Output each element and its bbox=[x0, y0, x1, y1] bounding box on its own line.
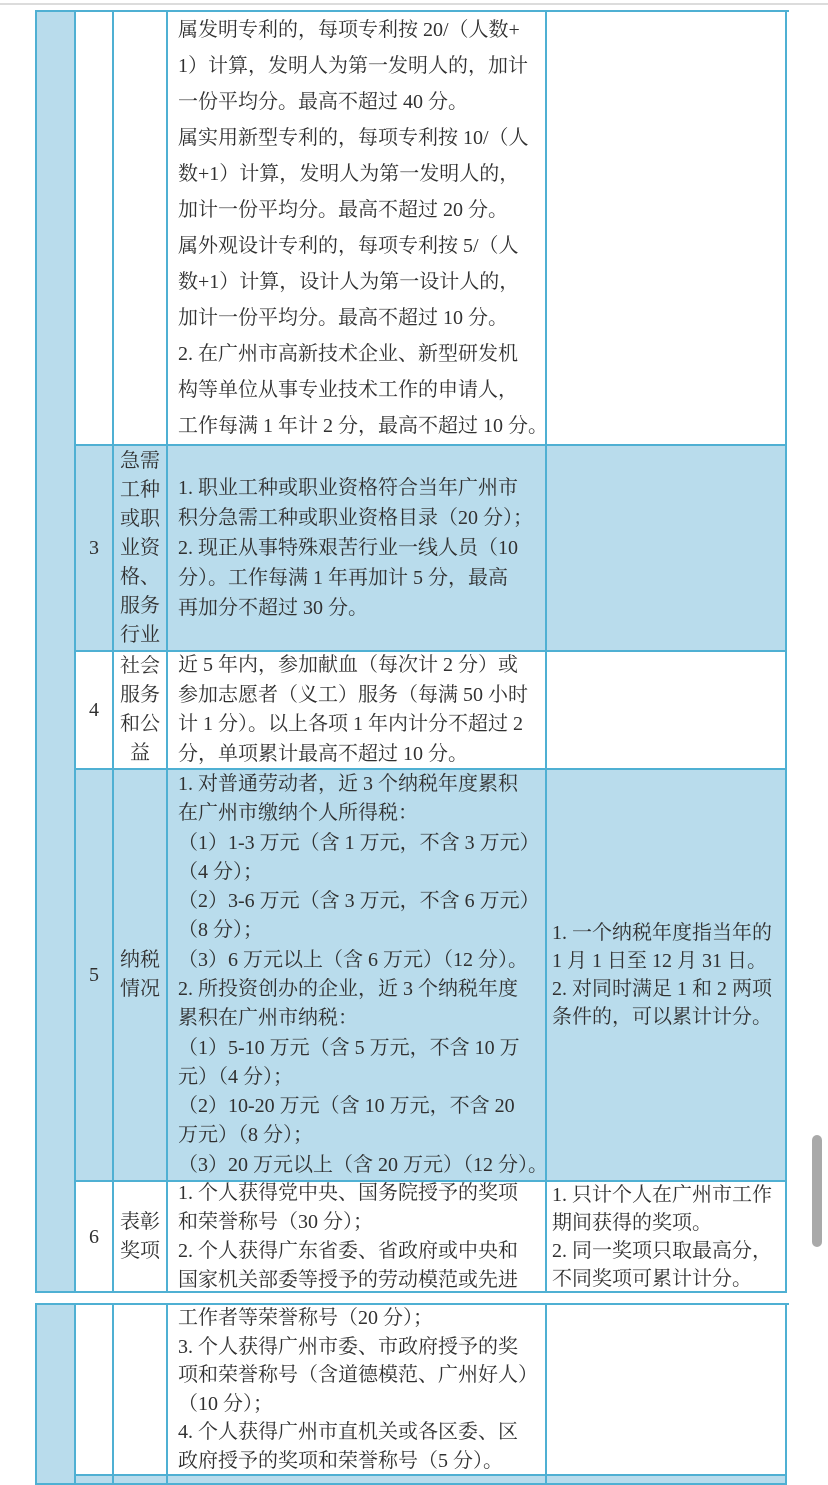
row-number-cell: 4 bbox=[76, 652, 114, 770]
category-line: 服务 bbox=[120, 592, 160, 621]
criteria-line: 在广州市缴纳个人所得税： bbox=[178, 799, 541, 828]
document-page: { "colors": { "cell_blue": "#b9dcec", "b… bbox=[0, 0, 828, 1485]
criteria-line: 再加分不超过 30 分。 bbox=[178, 593, 541, 623]
criteria-line: 1）计算，发明人为第一发明人的，加计 bbox=[178, 48, 541, 84]
category-cell bbox=[114, 1305, 168, 1476]
criteria-line: 和荣誉称号（30 分）； bbox=[178, 1208, 541, 1237]
criteria-line: 构等单位从事专业技术工作的申请人， bbox=[178, 372, 541, 408]
remarks-cell bbox=[547, 446, 787, 652]
criteria-line: 加计一份平均分。最高不超过 20 分。 bbox=[178, 192, 541, 228]
criteria-cell: 近 5 年内，参加献血（每次计 2 分）或参加志愿者（义工）服务（每满 50 小… bbox=[168, 652, 547, 770]
criteria-line: 累积在广州市纳税： bbox=[178, 1004, 541, 1033]
criteria-line: （2）10-20 万元（含 10 万元，不含 20 bbox=[178, 1092, 541, 1121]
category-cell: 表彰奖项 bbox=[114, 1182, 168, 1293]
remarks-cell: 1. 只计个人在广州市工作期间获得的奖项。2. 同一奖项只取最高分，不同奖项可累… bbox=[547, 1182, 787, 1293]
remark-line: 不同奖项可累计计分。 bbox=[552, 1265, 783, 1293]
remark-line: 2. 对同时满足 1 和 2 两项 bbox=[552, 975, 783, 1003]
criteria-line: 计 1 分）。以上各项 1 年内计分不超过 2 bbox=[178, 710, 541, 740]
criteria-line: 1. 对普通劳动者，近 3 个纳税年度累积 bbox=[178, 770, 541, 799]
remark-line: 1. 一个纳税年度指当年的 bbox=[552, 919, 783, 947]
category-line: 纳税 bbox=[120, 946, 160, 975]
category-cell bbox=[114, 12, 168, 446]
remark-line: 2. 同一奖项只取最高分， bbox=[552, 1237, 783, 1265]
criteria-line: 近 5 年内，参加献血（每次计 2 分）或 bbox=[178, 652, 541, 681]
criteria-cell: 1. 个人获得党中央、国务院授予的奖项和荣誉称号（30 分）；2. 个人获得广东… bbox=[168, 1182, 547, 1293]
criteria-line: 政府授予的奖项和荣誉称号（5 分）。 bbox=[178, 1447, 541, 1476]
category-line: 奖项 bbox=[120, 1237, 160, 1266]
row-number: 5 bbox=[89, 963, 99, 987]
category-line: 益 bbox=[130, 739, 150, 768]
remark-line: 条件的，可以累计计分。 bbox=[552, 1003, 783, 1031]
remark-line: 1. 只计个人在广州市工作 bbox=[552, 1182, 783, 1209]
criteria-line: 万元）（8 分）； bbox=[178, 1121, 541, 1150]
criteria-line: 积分急需工种或职业资格目录（20 分）； bbox=[178, 503, 541, 533]
criteria-cell: 工作者等荣誉称号（20 分）；3. 个人获得广州市委、市政府授予的奖项和荣誉称号… bbox=[168, 1305, 547, 1476]
criteria-line: （8 分）； bbox=[178, 916, 541, 945]
criteria-line: 工作者等荣誉称号（20 分）； bbox=[178, 1305, 541, 1333]
criteria-cell: 1. 职业工种或职业资格符合当年广州市积分急需工种或职业资格目录（20 分）；2… bbox=[168, 446, 547, 652]
category-line: 和公 bbox=[120, 710, 160, 739]
row-number-cell bbox=[76, 1305, 114, 1476]
category-line: 格、 bbox=[120, 563, 160, 592]
category-line: 表彰 bbox=[120, 1208, 160, 1237]
criteria-line: （1）1-3 万元（含 1 万元，不含 3 万元） bbox=[178, 829, 541, 858]
criteria-line: （4 分）； bbox=[178, 858, 541, 887]
criteria-line: 元）（4 分）； bbox=[178, 1063, 541, 1092]
category-cell: 纳税情况 bbox=[114, 770, 168, 1182]
row-number: 4 bbox=[89, 698, 99, 722]
criteria-line: 2. 在广州市高新技术企业、新型研发机 bbox=[178, 336, 541, 372]
criteria-line: 属发明专利的，每项专利按 20/（人数+ bbox=[178, 12, 541, 48]
criteria-line: （3）6 万元以上（含 6 万元）（12 分）。 bbox=[178, 946, 541, 975]
criteria-line: （10 分）； bbox=[178, 1390, 541, 1419]
criteria-line: 参加志愿者（义工）服务（每满 50 小时 bbox=[178, 681, 541, 711]
scrollbar-thumb[interactable] bbox=[812, 1135, 822, 1247]
criteria-line: 1. 职业工种或职业资格符合当年广州市 bbox=[178, 473, 541, 503]
row-number-cell: 3 bbox=[76, 446, 114, 652]
category-line: 急需 bbox=[120, 447, 160, 476]
row-number-cell: 5 bbox=[76, 770, 114, 1182]
criteria-cell: 属发明专利的，每项专利按 20/（人数+1）计算，发明人为第一发明人的，加计一份… bbox=[168, 12, 547, 446]
page-top-divider bbox=[0, 3, 828, 5]
remarks-cell bbox=[547, 12, 787, 446]
criteria-line: （2）3-6 万元（含 3 万元，不含 6 万元） bbox=[178, 887, 541, 916]
criteria-line: 3. 个人获得广州市委、市政府授予的奖 bbox=[178, 1333, 541, 1362]
row-number: 6 bbox=[89, 1225, 99, 1249]
criteria-line: 属外观设计专利的，每项专利按 5/（人 bbox=[178, 228, 541, 264]
criteria-line: 加计一份平均分。最高不超过 10 分。 bbox=[178, 300, 541, 336]
criteria-line: 工作每满 1 年计 2 分，最高不超过 10 分。 bbox=[178, 408, 541, 444]
category-cell: 急需工种或职业资格、服务行业 bbox=[114, 446, 168, 652]
category-line: 社会 bbox=[120, 652, 160, 681]
criteria-line: （1）5-10 万元（含 5 万元，不含 10 万 bbox=[178, 1034, 541, 1063]
criteria-cell bbox=[168, 1476, 547, 1485]
remarks-cell bbox=[547, 1305, 787, 1476]
criteria-line: 分）。工作每满 1 年再加计 5 分，最高 bbox=[178, 563, 541, 593]
left-accent-column bbox=[37, 12, 76, 1293]
category-line: 行业 bbox=[120, 621, 160, 650]
points-table-upper: 属发明专利的，每项专利按 20/（人数+1）计算，发明人为第一发明人的，加计一份… bbox=[35, 10, 789, 1293]
criteria-line: 项和荣誉称号（含道德模范、广州好人） bbox=[178, 1361, 541, 1390]
row-number-cell: 6 bbox=[76, 1182, 114, 1293]
row-number: 3 bbox=[89, 536, 99, 560]
criteria-line: 国家机关部委等授予的劳动模范或先进 bbox=[178, 1266, 541, 1294]
criteria-line: （3）20 万元以上（含 20 万元）（12 分）。 bbox=[178, 1151, 541, 1180]
points-table-lower: 工作者等荣誉称号（20 分）；3. 个人获得广州市委、市政府授予的奖项和荣誉称号… bbox=[35, 1303, 789, 1485]
criteria-line: 一份平均分。最高不超过 40 分。 bbox=[178, 84, 541, 120]
criteria-line: 数+1）计算，设计人为第一设计人的， bbox=[178, 264, 541, 300]
criteria-line: 4. 个人获得广州市直机关或各区委、区 bbox=[178, 1418, 541, 1447]
row-number-cell bbox=[76, 1476, 114, 1485]
remark-line: 1 月 1 日至 12 月 31 日。 bbox=[552, 947, 783, 975]
category-line: 工种 bbox=[120, 476, 160, 505]
remarks-cell bbox=[547, 1476, 787, 1485]
criteria-cell: 1. 对普通劳动者，近 3 个纳税年度累积在广州市缴纳个人所得税：（1）1-3 … bbox=[168, 770, 547, 1182]
category-cell: 社会服务和公益 bbox=[114, 652, 168, 770]
remarks-cell bbox=[547, 652, 787, 770]
row-number-cell bbox=[76, 12, 114, 446]
criteria-line: 属实用新型专利的，每项专利按 10/（人 bbox=[178, 120, 541, 156]
category-line: 业资 bbox=[120, 534, 160, 563]
left-accent-column bbox=[37, 1305, 76, 1485]
criteria-line: 2. 现正从事特殊艰苦行业一线人员（10 bbox=[178, 533, 541, 563]
criteria-line: 2. 个人获得广东省委、省政府或中央和 bbox=[178, 1237, 541, 1266]
criteria-line: 数+1）计算，发明人为第一发明人的， bbox=[178, 156, 541, 192]
category-line: 情况 bbox=[120, 975, 160, 1004]
remark-line: 期间获得的奖项。 bbox=[552, 1209, 783, 1237]
category-line: 服务 bbox=[120, 681, 160, 710]
criteria-line: 1. 个人获得党中央、国务院授予的奖项 bbox=[178, 1182, 541, 1208]
category-line: 或职 bbox=[120, 505, 160, 534]
remarks-cell: 1. 一个纳税年度指当年的1 月 1 日至 12 月 31 日。2. 对同时满足… bbox=[547, 770, 787, 1182]
criteria-line: 分，单项累计最高不超过 10 分。 bbox=[178, 740, 541, 770]
criteria-line: 2. 所投资创办的企业，近 3 个纳税年度 bbox=[178, 975, 541, 1004]
category-cell bbox=[114, 1476, 168, 1485]
